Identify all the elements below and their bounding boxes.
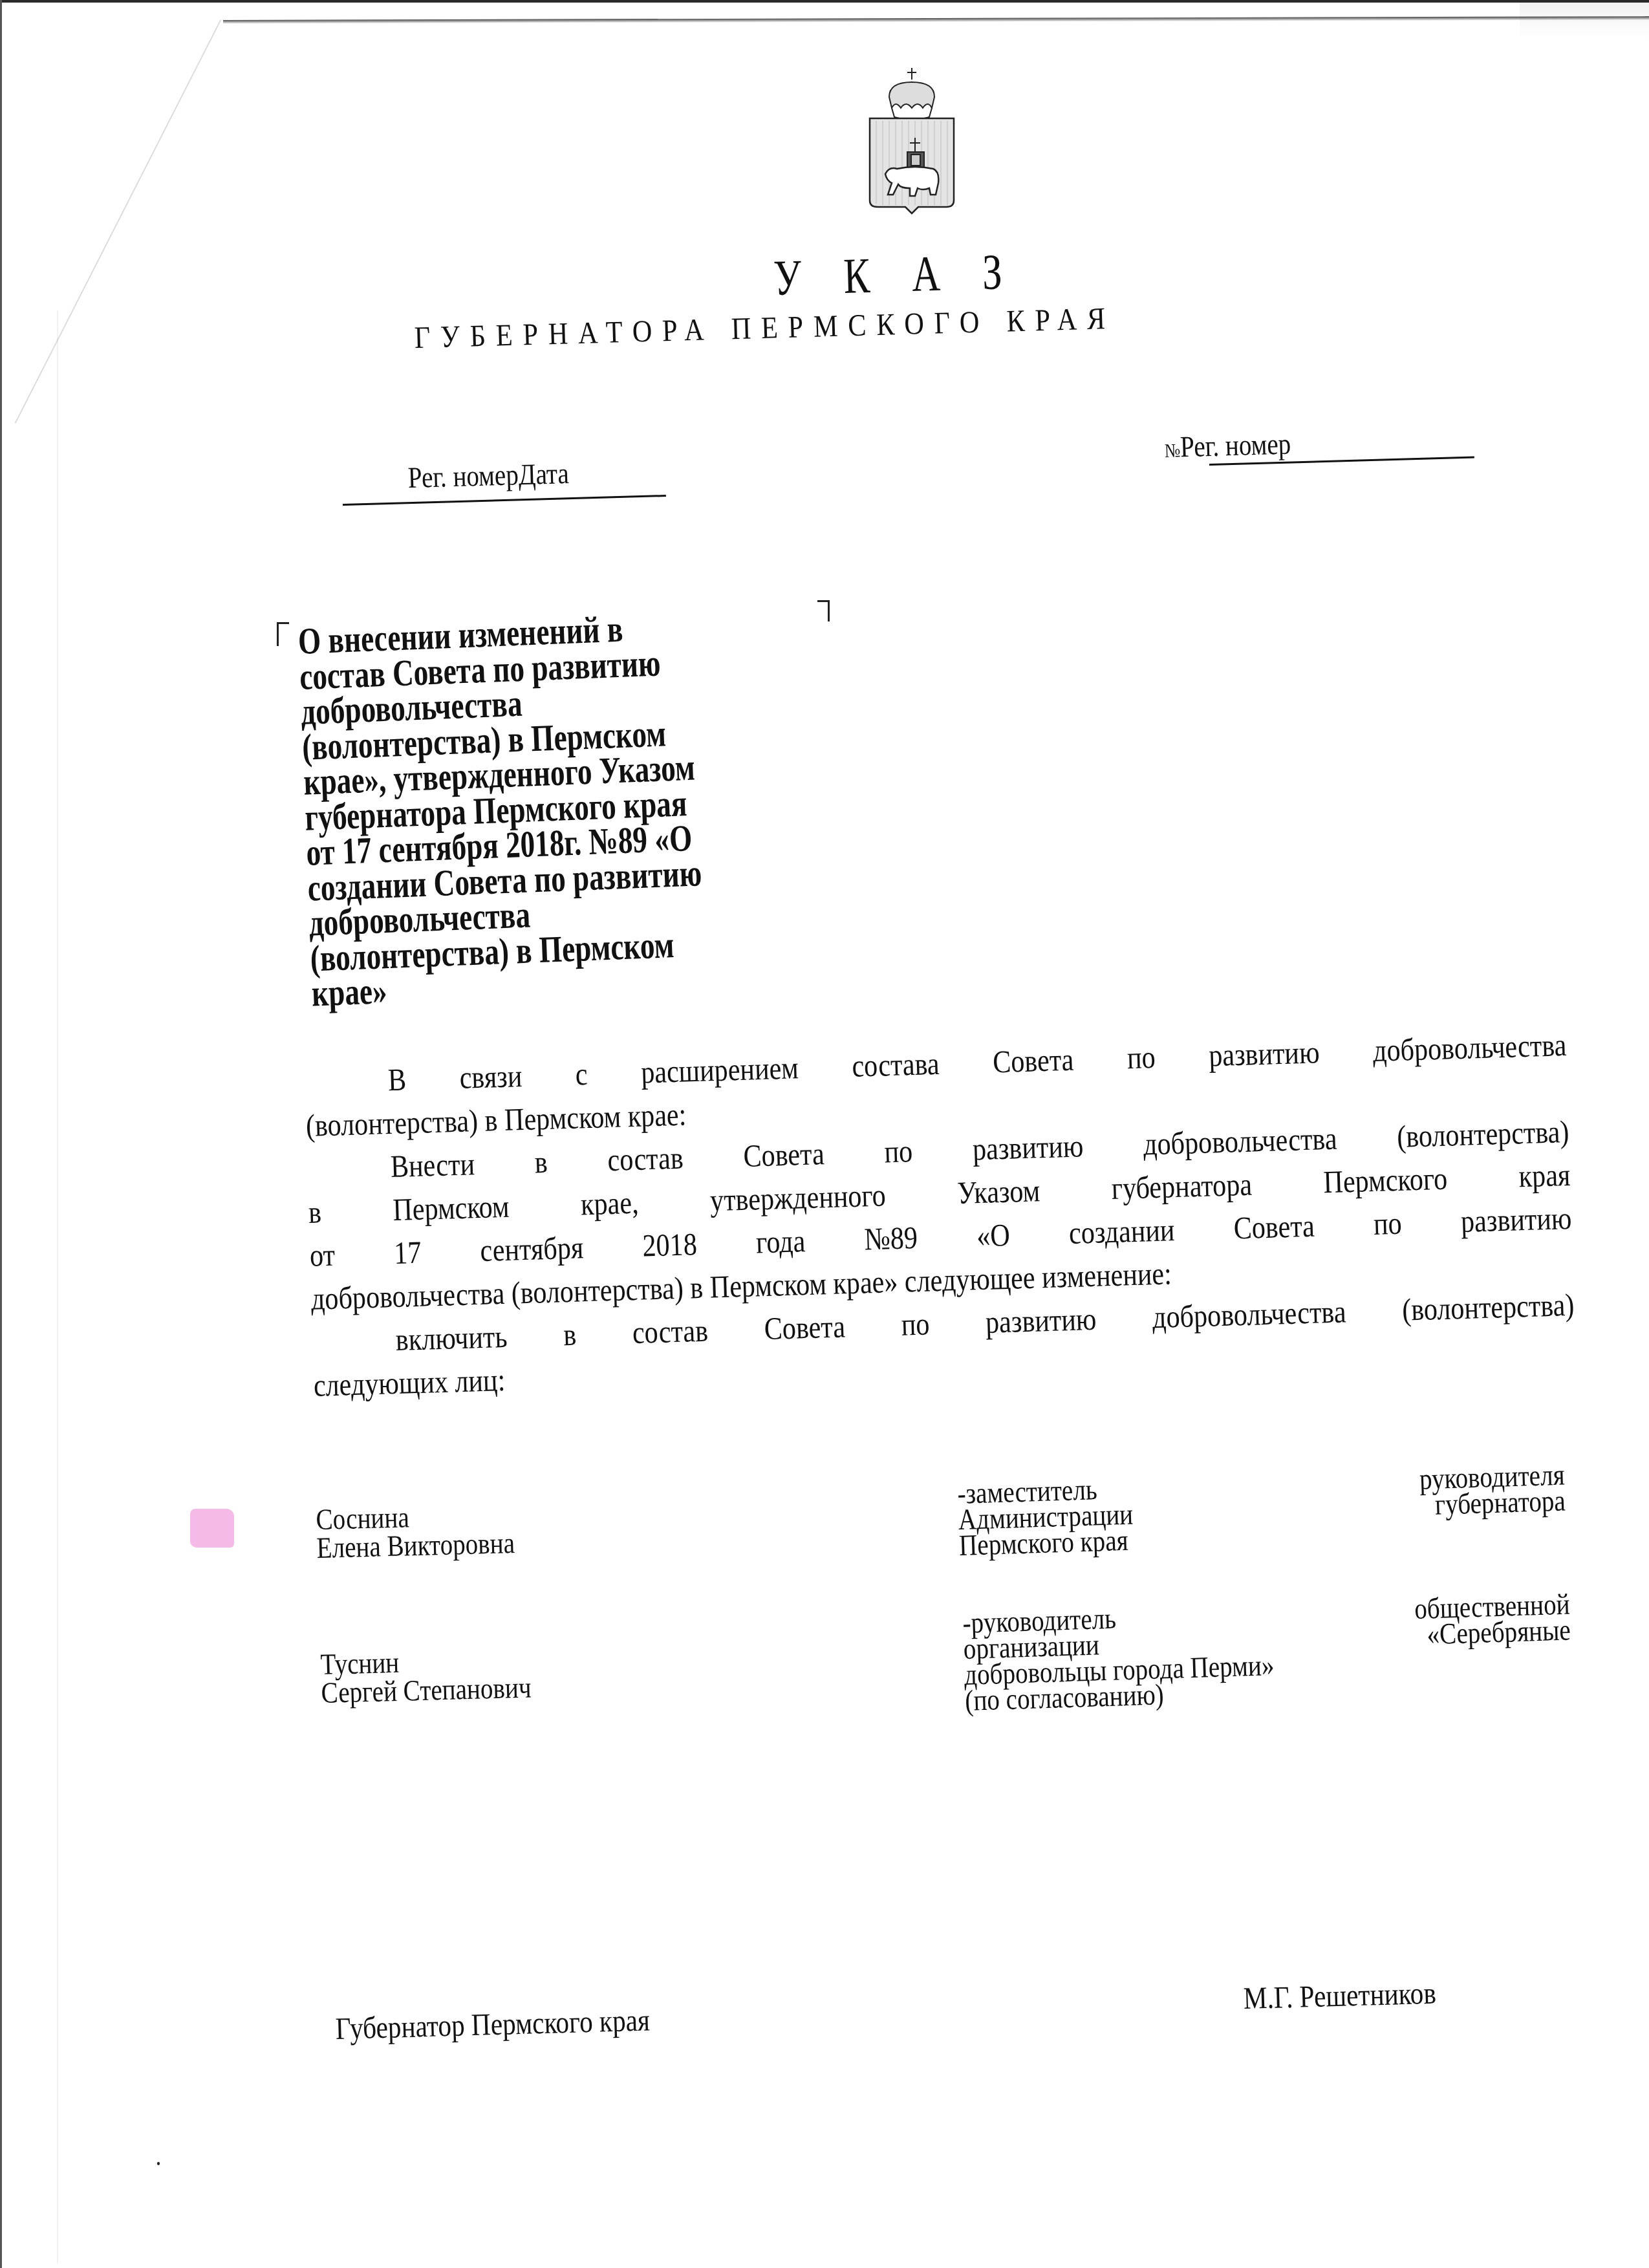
member-position: -руководитель общественной организации «… <box>962 1591 1573 1713</box>
scan-left-edge <box>0 0 2 2268</box>
scan-speck <box>157 2162 160 2165</box>
member-position: -заместитель руководителя Администрации … <box>957 1462 1567 1558</box>
member-name: Соснина Елена Викторовна <box>316 1500 515 1562</box>
scan-left-fold <box>57 310 58 2263</box>
document-title: У К А З <box>773 242 1019 307</box>
signatory-name: М.Г. Решетников <box>1243 1976 1436 2016</box>
member-given-names: Елена Викторовна <box>316 1529 515 1562</box>
scan-top-edge <box>0 0 1649 3</box>
scan-diagonal-fold <box>14 19 221 424</box>
scan-corner-shade <box>1520 0 1649 39</box>
coat-of-arms-icon <box>863 68 960 217</box>
registration-number-field: №Рег. номер <box>1164 427 1291 464</box>
member-name: Туснин Сергей Степанович <box>320 1645 532 1707</box>
number-sign: № <box>1164 440 1180 462</box>
pink-highlight-mark <box>190 1509 234 1548</box>
registration-date-underline <box>343 495 666 506</box>
registration-number-value: Рег. номер <box>1180 427 1291 464</box>
decree-body: В связи с расширением состава Совета по … <box>304 1026 1482 1407</box>
scan-page-fold-shadow <box>223 16 1649 24</box>
subject-corner-mark-right <box>817 600 830 621</box>
subject-corner-mark-left <box>277 622 289 646</box>
signatory-title: Губернатор Пермского края <box>335 2002 651 2047</box>
document-issuer: ГУБЕРНАТОРА ПЕРМСКОГО КРАЯ <box>414 301 1116 356</box>
member-given-names: Сергей Степанович <box>321 1673 532 1707</box>
decree-subject: О внесении изменений в состав Совета по … <box>297 608 736 1011</box>
registration-date-field: Рег. номерДата <box>407 456 569 495</box>
